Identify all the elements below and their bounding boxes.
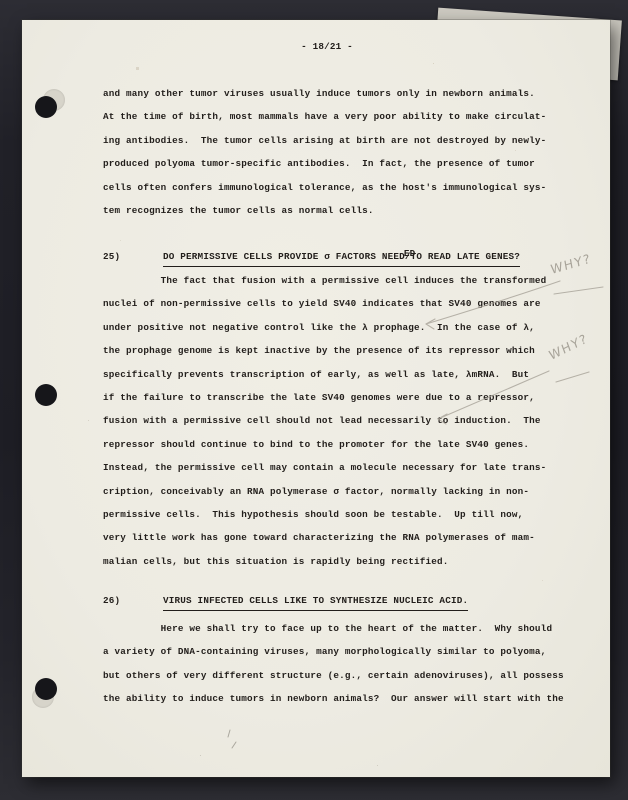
text-line: a variety of DNA-containing viruses, man… [103,640,564,663]
text-line: tem recognizes the tumor cells as normal… [103,199,546,222]
punch-hole-bottom [35,678,57,700]
text-line: produced polyoma tumor-specific antibodi… [103,152,546,175]
paragraph-section-25: The fact that fusion with a permissive c… [103,269,546,573]
paragraph-section-26: Here we shall try to face up to the hear… [103,617,564,711]
text-line: specifically prevents transcription of e… [103,363,546,386]
text-line: fusion with a permissive cell should not… [103,409,546,432]
heading-text-post: /TO READ LATE GENES? [405,251,520,262]
section-26-number: 26) [103,589,163,612]
text-line: Instead, the permissive cell may contain… [103,456,546,479]
text-line: very little work has gone toward charact… [103,526,546,549]
text-line: The fact that fusion with a permissive c… [103,269,546,292]
document-page: - 18/21 - and many other tumor viruses u… [22,20,610,777]
section-26-heading: VIRUS INFECTED CELLS LIKE TO SYNTHESIZE … [163,595,468,611]
punch-hole-middle [35,384,57,406]
heading-text-pre: DO PERMISSIVE CELLS PROVIDE σ FACTORS NE… [163,251,405,262]
text-line: the ability to induce tumors in newborn … [103,687,564,710]
text-line: cells often confers immunological tolera… [103,176,546,199]
section-25-number: 25) [103,245,163,268]
text-line: nuclei of non-permissive cells to yield … [103,292,546,315]
typed-correction-insert: ED [404,242,416,265]
text-line: Here we shall try to face up to the hear… [103,617,564,640]
text-line: At the time of birth, most mammals have … [103,105,546,128]
text-line: if the failure to transcribe the late SV… [103,386,546,409]
text-line: but others of very different structure (… [103,664,564,687]
text-line: ing antibodies. The tumor cells arising … [103,129,546,152]
scan-background: - 18/21 - and many other tumor viruses u… [0,0,628,800]
section-25-heading: DO PERMISSIVE CELLS PROVIDE σ FACTORS NE… [163,251,520,267]
section-26-heading-row: 26)VIRUS INFECTED CELLS LIKE TO SYNTHESI… [103,589,468,612]
text-line: cription, conceivably an RNA polymerase … [103,480,546,503]
page-number: - 18/21 - [103,35,551,58]
punch-hole-top [35,96,57,118]
text-line: the prophage genome is kept inactive by … [103,339,546,362]
text-line: and many other tumor viruses usually ind… [103,82,546,105]
paper-specks [22,20,23,21]
text-line: under positive not negative control like… [103,316,546,339]
text-line: permissive cells. This hypothesis should… [103,503,546,526]
paragraph-intro: and many other tumor viruses usually ind… [103,82,546,222]
text-line: malian cells, but this situation is rapi… [103,550,546,573]
section-25-heading-row: 25)DO PERMISSIVE CELLS PROVIDE σ FACTORS… [103,245,520,268]
text-line: repressor should continue to bind to the… [103,433,546,456]
